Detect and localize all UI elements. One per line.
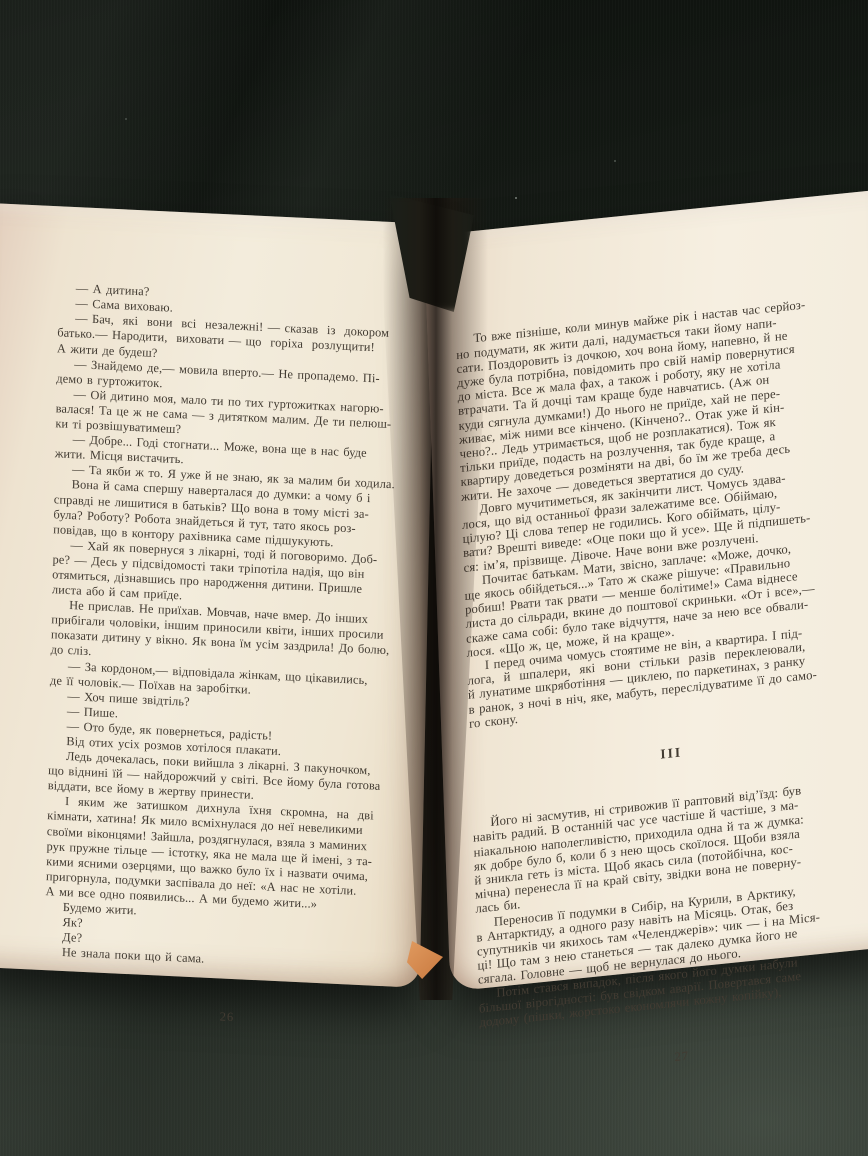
open-book: — А дитина? — Сама виховаю. — Бач, які в… xyxy=(0,0,868,1156)
left-page-lines: — А дитина? — Сама виховаю. — Бач, які в… xyxy=(44,280,426,976)
right-page-lines-bottom: Його ні засмутив, ні стривожив її раптов… xyxy=(472,776,868,1030)
right-page-lines-top: То вже пізніше, коли минув майже рік і н… xyxy=(455,293,868,731)
left-page: — А дитина? — Сама виховаю. — Бач, які в… xyxy=(0,203,436,988)
right-page-text: То вже пізніше, коли минув майже рік і н… xyxy=(454,264,868,1111)
section-heading: III xyxy=(471,726,868,781)
right-page-number: 27 xyxy=(481,1029,868,1084)
book-photo-scene: — А дитина? — Сама виховаю. — Бач, які в… xyxy=(0,0,868,1156)
left-page-number: 26 xyxy=(43,1001,411,1033)
right-page: То вже пізніше, коли минув майже рік і н… xyxy=(424,190,868,991)
left-page-text: — А дитина? — Сама виховаю. — Бач, які в… xyxy=(42,250,426,1063)
